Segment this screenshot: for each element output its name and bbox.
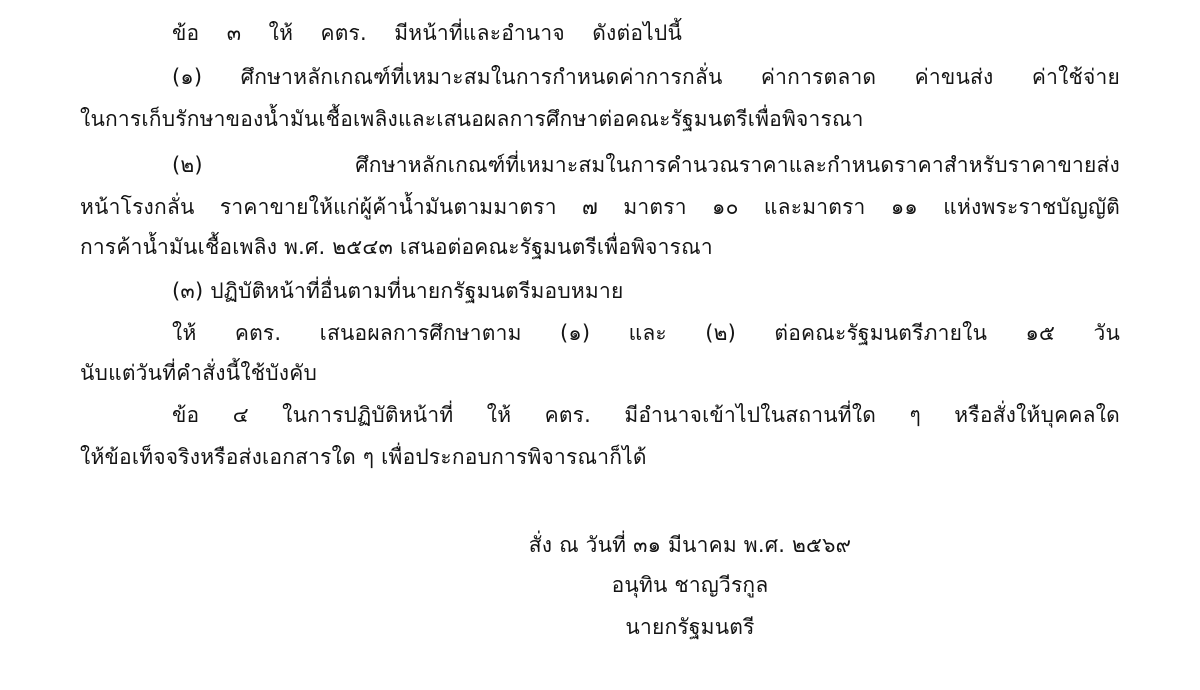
clause-3-item-1-line-1: (๑) ศึกษาหลักเกณฑ์ที่เหมาะสมในการกำหนดค่…	[172, 62, 1120, 92]
signatory-name: อนุทิน ชาญวีรกูล	[440, 570, 940, 600]
clause-3-item-3-line-1: (๓) ปฏิบัติหน้าที่อื่นตามที่นายกรัฐมนตรี…	[172, 276, 623, 306]
clause-3-item-2-line-3: การค้าน้ำมันเชื้อเพลิง พ.ศ. ๒๕๔๓ เสนอต่อ…	[80, 232, 713, 262]
signatory-title: นายกรัฐมนตรี	[440, 612, 940, 642]
clause-3-deadline-line-2: นับแต่วันที่คำสั่งนี้ใช้บังคับ	[80, 358, 317, 388]
clause-3-item-1-line-2: ในการเก็บรักษาของน้ำมันเชื้อเพลิงและเสนอ…	[80, 104, 864, 134]
signature-date: สั่ง ณ วันที่ ๓๑ มีนาคม พ.ศ. ๒๕๖๙	[440, 530, 940, 560]
document-page: ข้อ ๓ ให้ คตร. มีหน้าที่และอำนาจ ดังต่อไ…	[0, 0, 1200, 690]
clause-4-line-1: ข้อ ๔ ในการปฏิบัติหน้าที่ ให้ คตร. มีอำน…	[172, 400, 1120, 430]
clause-4-line-2: ให้ข้อเท็จจริงหรือส่งเอกสารใด ๆ เพื่อประ…	[80, 442, 647, 472]
clause-3-deadline-line-1: ให้ คตร. เสนอผลการศึกษาตาม (๑) และ (๒) ต…	[172, 318, 1120, 348]
clause-3-item-2-line-2: หน้าโรงกลั่น ราคาขายให้แก่ผู้ค้าน้ำมันตา…	[80, 192, 1120, 222]
clause-3-heading: ข้อ ๓ ให้ คตร. มีหน้าที่และอำนาจ ดังต่อไ…	[172, 18, 682, 48]
clause-3-item-2-line-1: (๒) ศึกษาหลักเกณฑ์ที่เหมาะสมในการคำนวณรา…	[172, 150, 1120, 180]
